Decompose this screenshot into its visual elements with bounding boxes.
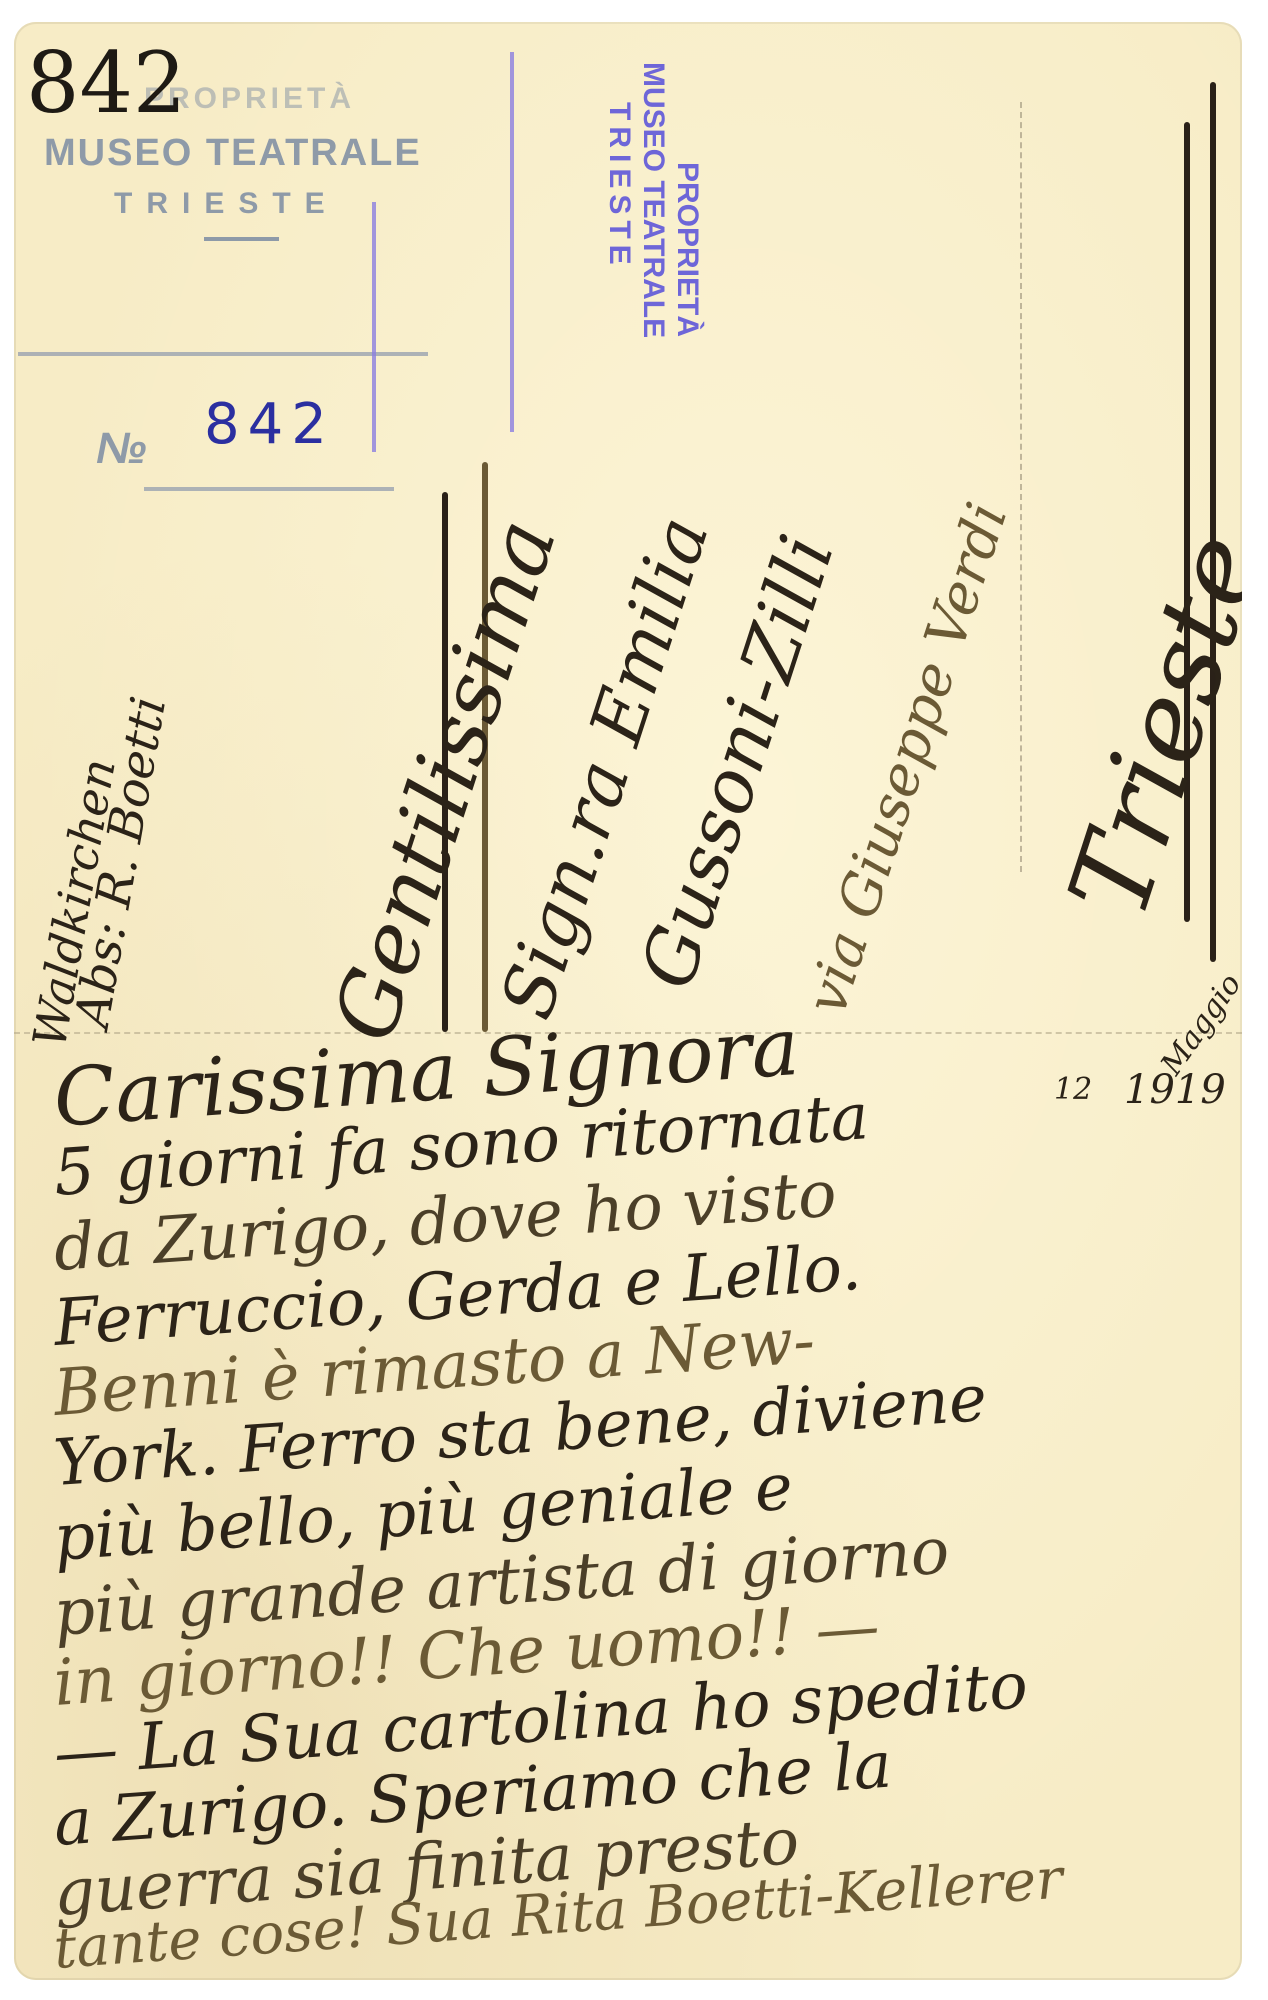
stamp-area-divider xyxy=(1020,102,1022,872)
stamp-border-right xyxy=(510,52,514,432)
date-day: 12 xyxy=(1054,1072,1092,1107)
inventory-number: 842 xyxy=(26,34,186,132)
stamp-border-left xyxy=(372,202,376,452)
stamp-line-3: TRIESTE xyxy=(114,187,339,221)
stamp-underline xyxy=(204,237,279,241)
address-line-4 xyxy=(1210,82,1216,962)
vstamp-line-2: MUSEO TEATRALE xyxy=(636,62,670,338)
stamp-frame-top xyxy=(18,352,428,356)
date-year: 1919 xyxy=(1124,1067,1226,1113)
vstamp-line-3: TRIESTE xyxy=(602,102,636,378)
stamp-line-2: MUSEO TEATRALE xyxy=(44,132,422,175)
registry-number: 842 xyxy=(204,392,335,457)
museum-stamp-vertical: PROPRIETÀ MUSEO TEATRALE TRIESTE xyxy=(602,62,704,338)
postcard-back: PROPRIETÀ MUSEO TEATRALE TRIESTE 842 № 8… xyxy=(14,22,1242,1980)
date-month: Maggio xyxy=(1154,967,1242,1081)
vstamp-line-1: PROPRIETÀ xyxy=(670,162,704,438)
registry-label: № xyxy=(96,424,146,474)
stamp-frame-bottom xyxy=(144,487,394,491)
